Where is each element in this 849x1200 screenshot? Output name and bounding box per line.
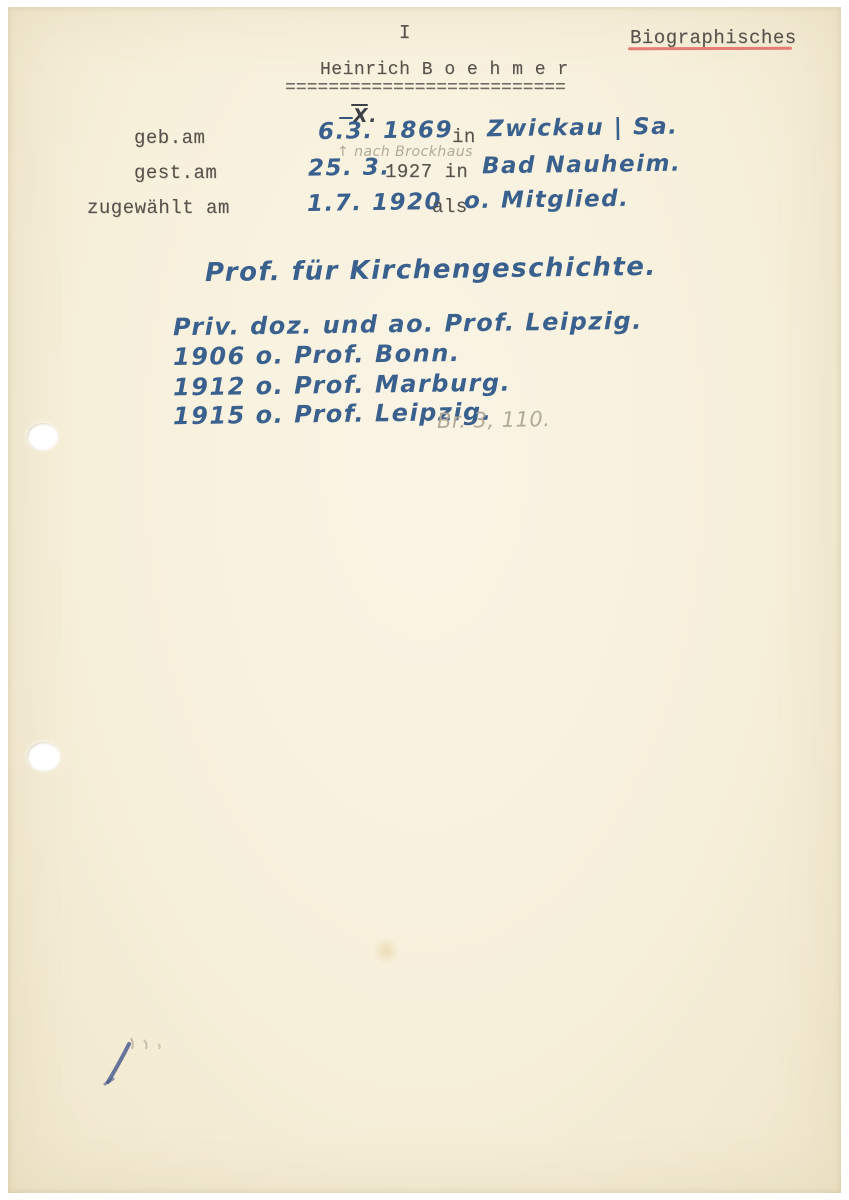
paper-sheet — [8, 7, 841, 1193]
profession-note: Prof. für Kirchengeschichte. — [205, 252, 657, 288]
career-line-3: 1912 o. Prof. Marburg. — [173, 369, 512, 402]
election-date-handwritten: 1.7. 1920 — [307, 189, 442, 217]
scanned-document-page: I Biographisches Heinrich B o e h m e r … — [0, 0, 849, 1200]
birth-date-handwritten: 6.3. 1869 — [318, 117, 453, 145]
field-label-gest-am: gest.am — [134, 162, 217, 184]
red-underline — [628, 47, 792, 51]
field-label-zugewaehlt-am: zugewählt am — [87, 197, 230, 219]
pencil-reference: Br. 3, 110. — [437, 407, 551, 433]
punch-hole-bottom — [27, 742, 60, 771]
death-date-handwritten: 25. 3. — [308, 154, 391, 181]
birth-place-handwritten: Zwickau | Sa. — [487, 114, 679, 143]
typed-word-als: als — [432, 196, 468, 218]
paper-stain — [372, 937, 400, 965]
header-tag: Biographisches — [630, 27, 797, 49]
career-line-2: 1906 o. Prof. Bonn. — [173, 339, 461, 371]
document-title: Heinrich B o e h m e r — [320, 60, 569, 80]
membership-type-handwritten: o. Mitglied. — [464, 186, 630, 214]
death-place-handwritten: Bad Nauheim. — [482, 151, 682, 180]
ink-smudge — [98, 1028, 198, 1090]
punch-hole-top — [27, 423, 58, 450]
typed-year-in: 1927 in — [385, 161, 468, 183]
page-number: I — [399, 22, 411, 44]
title-typed-underline: ========================== — [285, 78, 566, 98]
field-label-geb-am: geb.am — [134, 127, 205, 149]
